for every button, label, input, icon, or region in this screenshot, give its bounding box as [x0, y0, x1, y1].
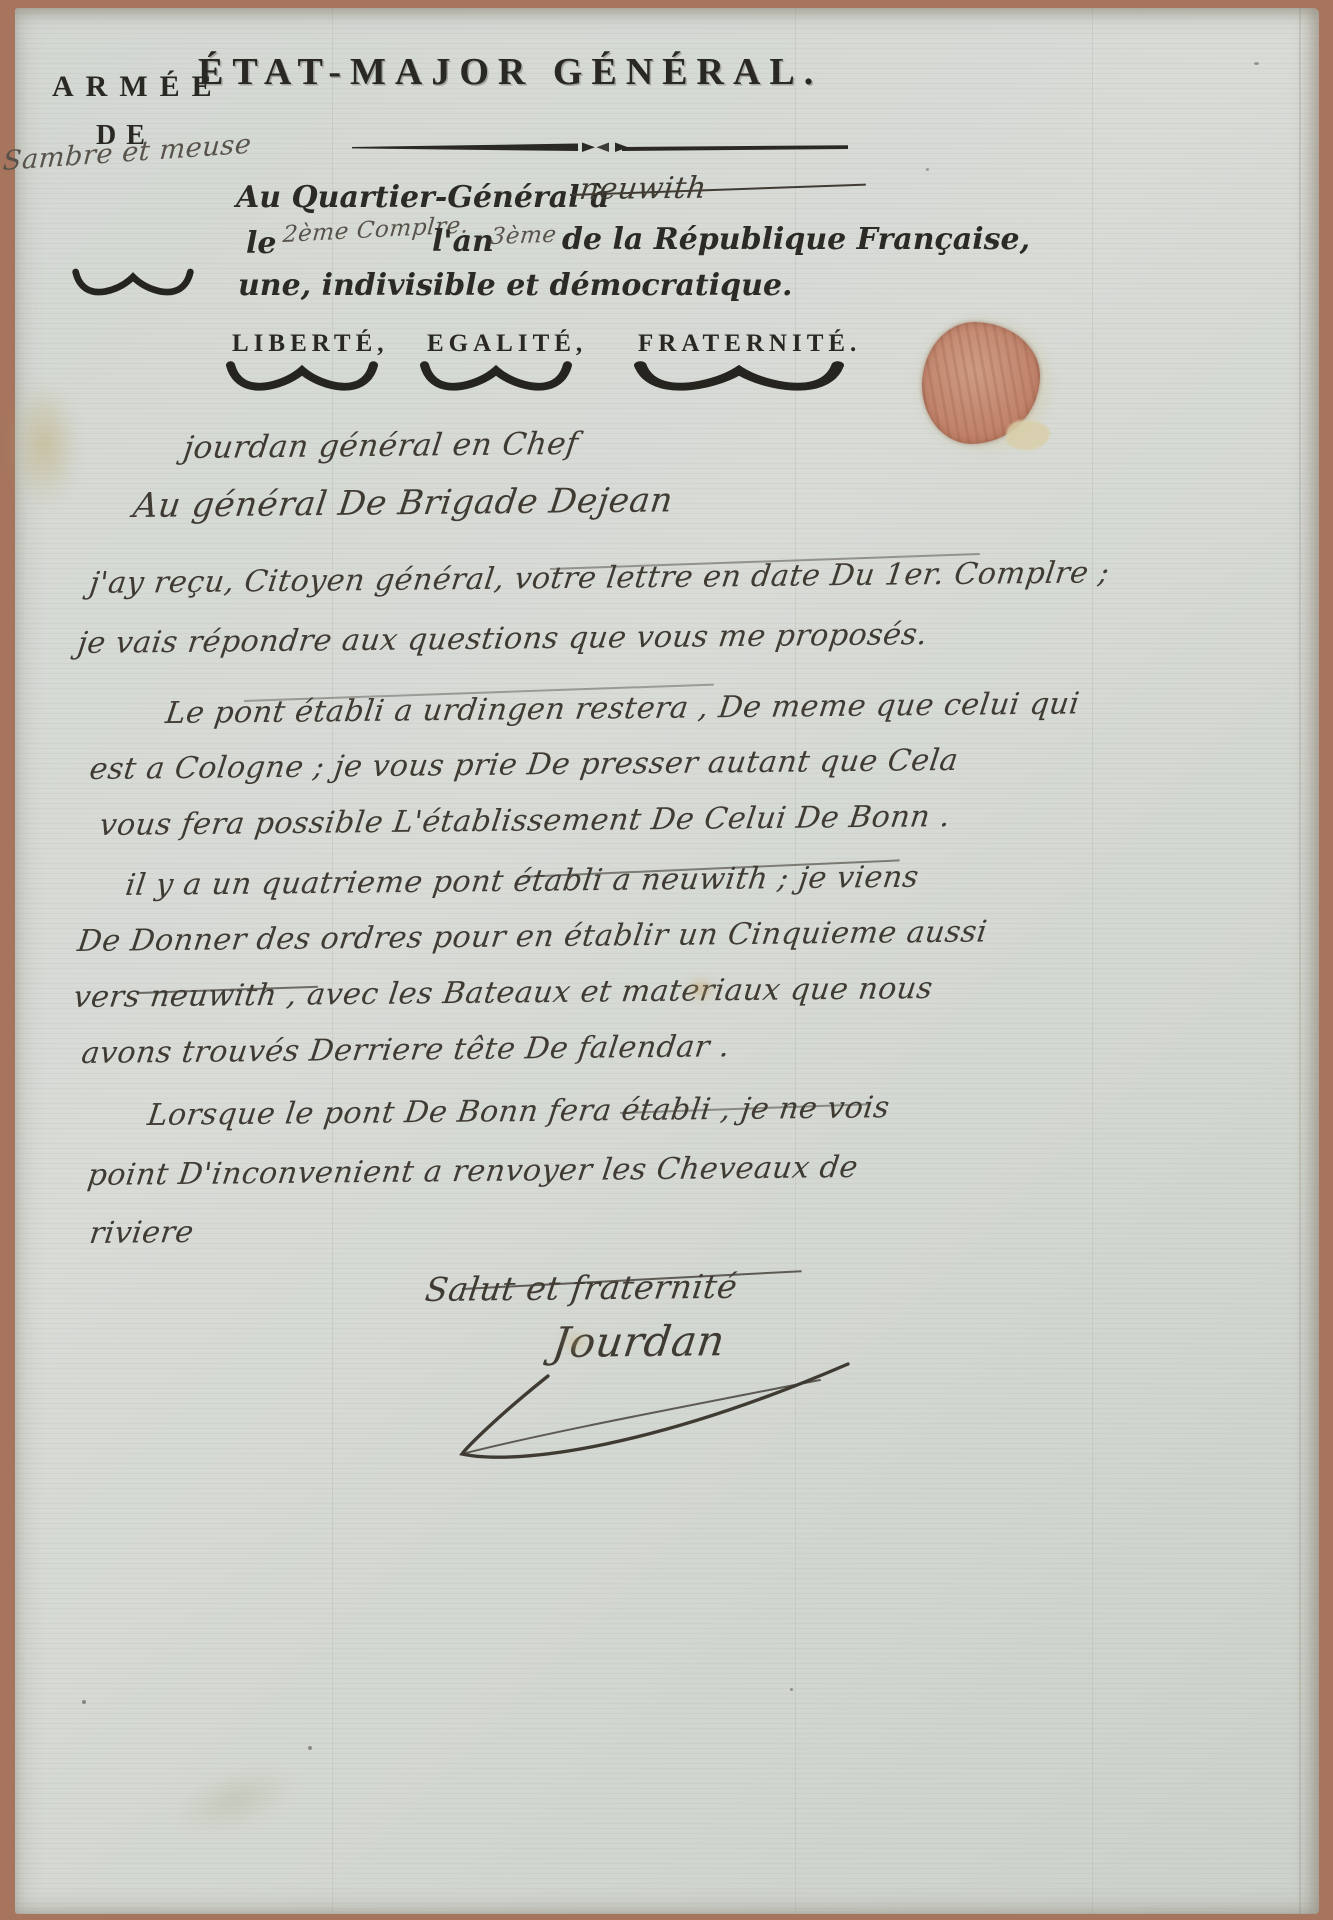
letter-from-line: jourdan général en Chef	[181, 426, 580, 466]
signature-flourish-icon	[428, 1336, 878, 1466]
paper-chain-line	[795, 8, 796, 1914]
paper-stain	[8, 382, 80, 508]
letter-to-line: Au général De Brigade Dejean	[131, 480, 676, 526]
hq-prefix: Au Quartier-Général à	[236, 180, 609, 215]
paper-speck	[790, 1688, 793, 1691]
scanned-letter-page: ARMÉE DE Sambre et meuse ÉTAT-MAJOR GÉNÉ…	[0, 0, 1333, 1920]
date-rest: de la République Française,	[562, 222, 1030, 257]
divider-rule-icon	[352, 140, 848, 156]
paper-stain	[688, 978, 714, 1000]
body-line: avons trouvés Derriere tête De falendar …	[79, 1029, 732, 1071]
republic-line2: une, indivisible et démocratique.	[238, 268, 793, 303]
swash-bracket-icon	[634, 360, 844, 394]
paper-speck	[82, 1700, 86, 1704]
motto-egalite: EGALITÉ,	[427, 330, 587, 358]
paper-speck	[926, 168, 929, 171]
letterhead-title: ÉTAT-MAJOR GÉNÉRAL.	[198, 50, 822, 94]
closing-salutation: Salut et fraternité	[423, 1267, 740, 1309]
swash-bracket-icon	[72, 266, 194, 300]
paper-speck	[308, 1746, 312, 1750]
date-year-handwritten: 3ème	[489, 222, 558, 250]
motto-fraternite: FRATERNITÉ.	[638, 330, 861, 358]
paper-stain	[560, 1330, 590, 1354]
body-line: riviere	[87, 1215, 196, 1251]
paper-edge-crease	[1299, 8, 1301, 1914]
swash-bracket-icon	[420, 360, 572, 394]
paper-chain-line	[1092, 8, 1093, 1914]
date-le: le	[246, 226, 276, 261]
date-lan: l'an	[432, 224, 494, 259]
swash-bracket-icon	[226, 360, 378, 394]
motto-liberte: LIBERTÉ,	[232, 330, 389, 358]
paper-speck	[1254, 62, 1259, 65]
